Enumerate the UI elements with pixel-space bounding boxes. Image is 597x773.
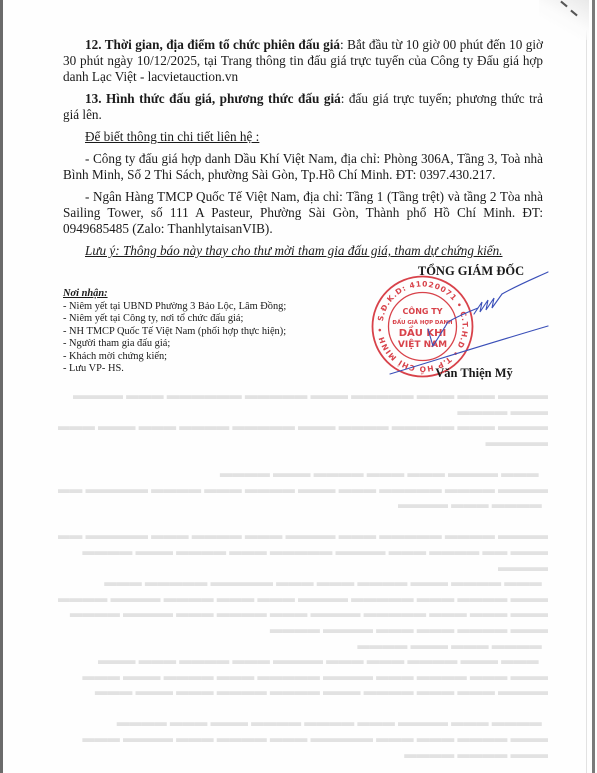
- recipient-item: - Người tham gia đấu giá;: [63, 338, 343, 351]
- section-13: 13. Hình thức đấu giá, phương thức đấu g…: [63, 91, 543, 123]
- show-through-text: ▬▬▬▬ ▬▬▬ ▬▬▬ ▬▬▬▬▬ ▬▬▬ ▬▬▬▬▬ ▬▬▬▬▬▬ ▬▬▬ …: [58, 388, 548, 762]
- section-12-heading: 12. Thời gian, địa điểm tổ chức phiên đấ…: [85, 37, 340, 52]
- contact-heading: Để biết thông tin chi tiết liên hệ :: [63, 129, 543, 145]
- section-13-heading: 13. Hình thức đấu giá, phương thức đấu g…: [85, 91, 341, 106]
- section-12: 12. Thời gian, địa điểm tổ chức phiên đấ…: [63, 37, 543, 85]
- scan-edge-right: [592, 0, 595, 773]
- recipient-item: - Niêm yết tại UBND Phường 3 Bảo Lộc, Lâ…: [63, 301, 343, 314]
- contact-bank: - Ngân Hàng TMCP Quốc Tế Việt Nam, địa c…: [63, 189, 543, 237]
- notice-note: Lưu ý: Thông báo này thay cho thư mời th…: [63, 243, 543, 259]
- contact-company: - Công ty đấu giá hợp danh Dầu Khí Việt …: [63, 151, 543, 183]
- recipients-title: Nơi nhận:: [63, 288, 343, 301]
- document-page: ▬▬▬▬ ▬▬▬ ▬▬▬ ▬▬▬▬▬ ▬▬▬ ▬▬▬▬▬ ▬▬▬▬▬▬ ▬▬▬ …: [0, 0, 597, 773]
- signature-block: TỔNG GIÁM ĐỐC S.Đ.K.D: 41020071 • C.T.H.…: [370, 264, 550, 394]
- recipient-item: - Lưu VP- HS.: [63, 363, 343, 376]
- recipient-item: - NH TMCP Quốc Tế Việt Nam (phối hợp thự…: [63, 326, 343, 339]
- recipients-block: Nơi nhận: - Niêm yết tại UBND Phường 3 B…: [63, 288, 343, 376]
- recipient-item: - Khách mời chứng kiến;: [63, 351, 343, 364]
- scan-edge-line: [586, 0, 587, 773]
- document-body: 12. Thời gian, địa điểm tổ chức phiên đấ…: [63, 37, 543, 261]
- scan-edge-left: [0, 0, 3, 773]
- recipient-item: - Niêm yết tại Công ty, nơi tổ chức đấu …: [63, 313, 343, 326]
- signer-name: Văn Thiện Mỹ: [414, 366, 534, 381]
